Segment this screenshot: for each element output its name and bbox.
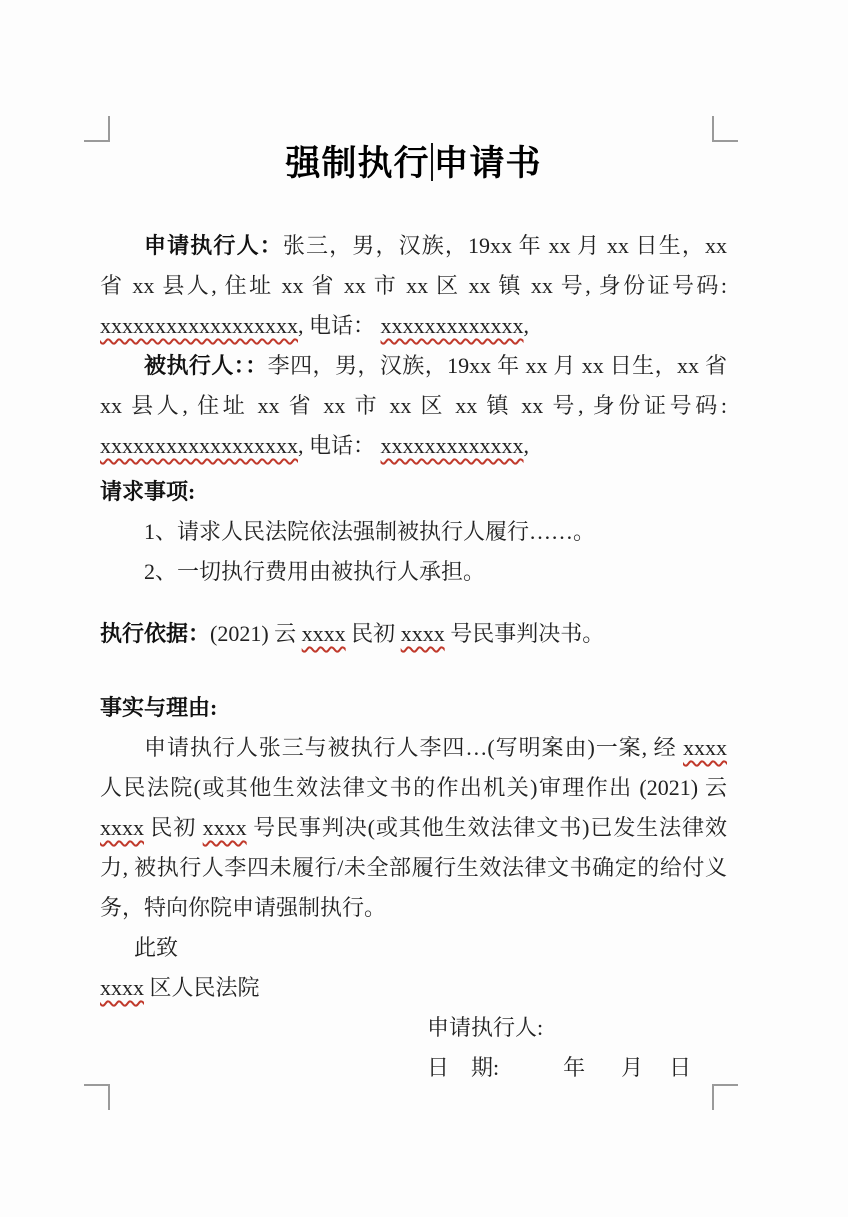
signature-year-label: 年 [563, 1055, 585, 1080]
facts-text-3: 民初 [144, 815, 203, 840]
paragraph-basis[interactable]: 执行依据：(2021) 云 xxxx 民初 xxxx 号民事判决书。 [100, 614, 727, 654]
signature-month-label: 月 [621, 1055, 643, 1080]
closing-court-line[interactable]: xxxx 区人民法院 [100, 968, 727, 1008]
request-item-1[interactable]: 1、请求人民法院依法强制被执行人履行……。 [100, 512, 727, 552]
signature-name-label: 申请执行人: [427, 1015, 543, 1040]
basis-label: 执行依据： [100, 621, 210, 646]
section-heading-facts[interactable]: 事实与理由: [100, 688, 727, 728]
title-left: 强制执行 [285, 144, 429, 183]
facts-court-placeholder: xxxx [683, 735, 727, 760]
closing-salute[interactable]: 此致 [100, 928, 727, 968]
title-right: 申请书 [434, 144, 542, 183]
court-name-rest: 区人民法院 [144, 975, 260, 1000]
facts-text-1: 申请执行人张三与被执行人李四…(写明案由)一案, 经 [144, 735, 683, 760]
respondent-id-number: xxxxxxxxxxxxxxxxxx [100, 433, 298, 458]
basis-text-2: 民初 [346, 621, 401, 646]
facts-case-number-2: xxxx [203, 815, 247, 840]
document-page[interactable]: { "colors": { "squiggle": "#c0392b", "te… [0, 0, 848, 1217]
facts-text-2: 人民法院(或其他生效法律文书的作出机关)审理作出 (2021) 云 [100, 775, 727, 800]
section-heading-request[interactable]: 请求事项: [100, 472, 727, 512]
applicant-id-number: xxxxxxxxxxxxxxxxxx [100, 313, 298, 338]
document-text-area[interactable]: 强制执行申请书 申请执行人：张三，男，汉族，19xx 年 xx 月 xx 日生，… [100, 140, 727, 1088]
paragraph-applicant[interactable]: 申请执行人：张三，男，汉族，19xx 年 xx 月 xx 日生，xx 省 xx … [100, 226, 727, 346]
facts-case-number-1: xxxx [100, 815, 144, 840]
court-name-placeholder: xxxx [100, 975, 144, 1000]
text-caret [431, 143, 433, 181]
basis-text-1: (2021) 云 [210, 621, 302, 646]
applicant-phone-label: , 电话： [298, 313, 381, 338]
crop-mark-top-right [712, 116, 738, 142]
applicant-tail: , [524, 313, 530, 338]
paragraph-facts[interactable]: 申请执行人张三与被执行人李四…(写明案由)一案, 经 xxxx 人民法院(或其他… [100, 728, 727, 928]
applicant-label: 申请执行人： [144, 233, 283, 258]
respondent-tail: , [524, 433, 530, 458]
crop-mark-top-left [84, 116, 110, 142]
basis-case-number-1: xxxx [302, 621, 346, 646]
paragraph-respondent[interactable]: 被执行人：：李四，男，汉族，19xx 年 xx 月 xx 日生，xx 省 xx … [100, 346, 727, 466]
signature-name-line[interactable]: 申请执行人: [427, 1008, 727, 1048]
respondent-label: 被执行人：： [144, 353, 268, 378]
basis-text-3: 号民事判决书。 [445, 621, 605, 646]
respondent-phone: xxxxxxxxxxxxx [381, 433, 524, 458]
signature-date-line[interactable]: 日 期:年月日 [427, 1048, 727, 1088]
respondent-phone-label: , 电话： [298, 433, 381, 458]
signature-date-label: 日 期: [427, 1055, 499, 1080]
applicant-phone: xxxxxxxxxxxxx [381, 313, 524, 338]
signature-day-label: 日 [669, 1055, 691, 1080]
page-title[interactable]: 强制执行申请书 [100, 140, 727, 188]
basis-case-number-2: xxxx [401, 621, 445, 646]
request-item-2[interactable]: 2、一切执行费用由被执行人承担。 [100, 552, 727, 592]
